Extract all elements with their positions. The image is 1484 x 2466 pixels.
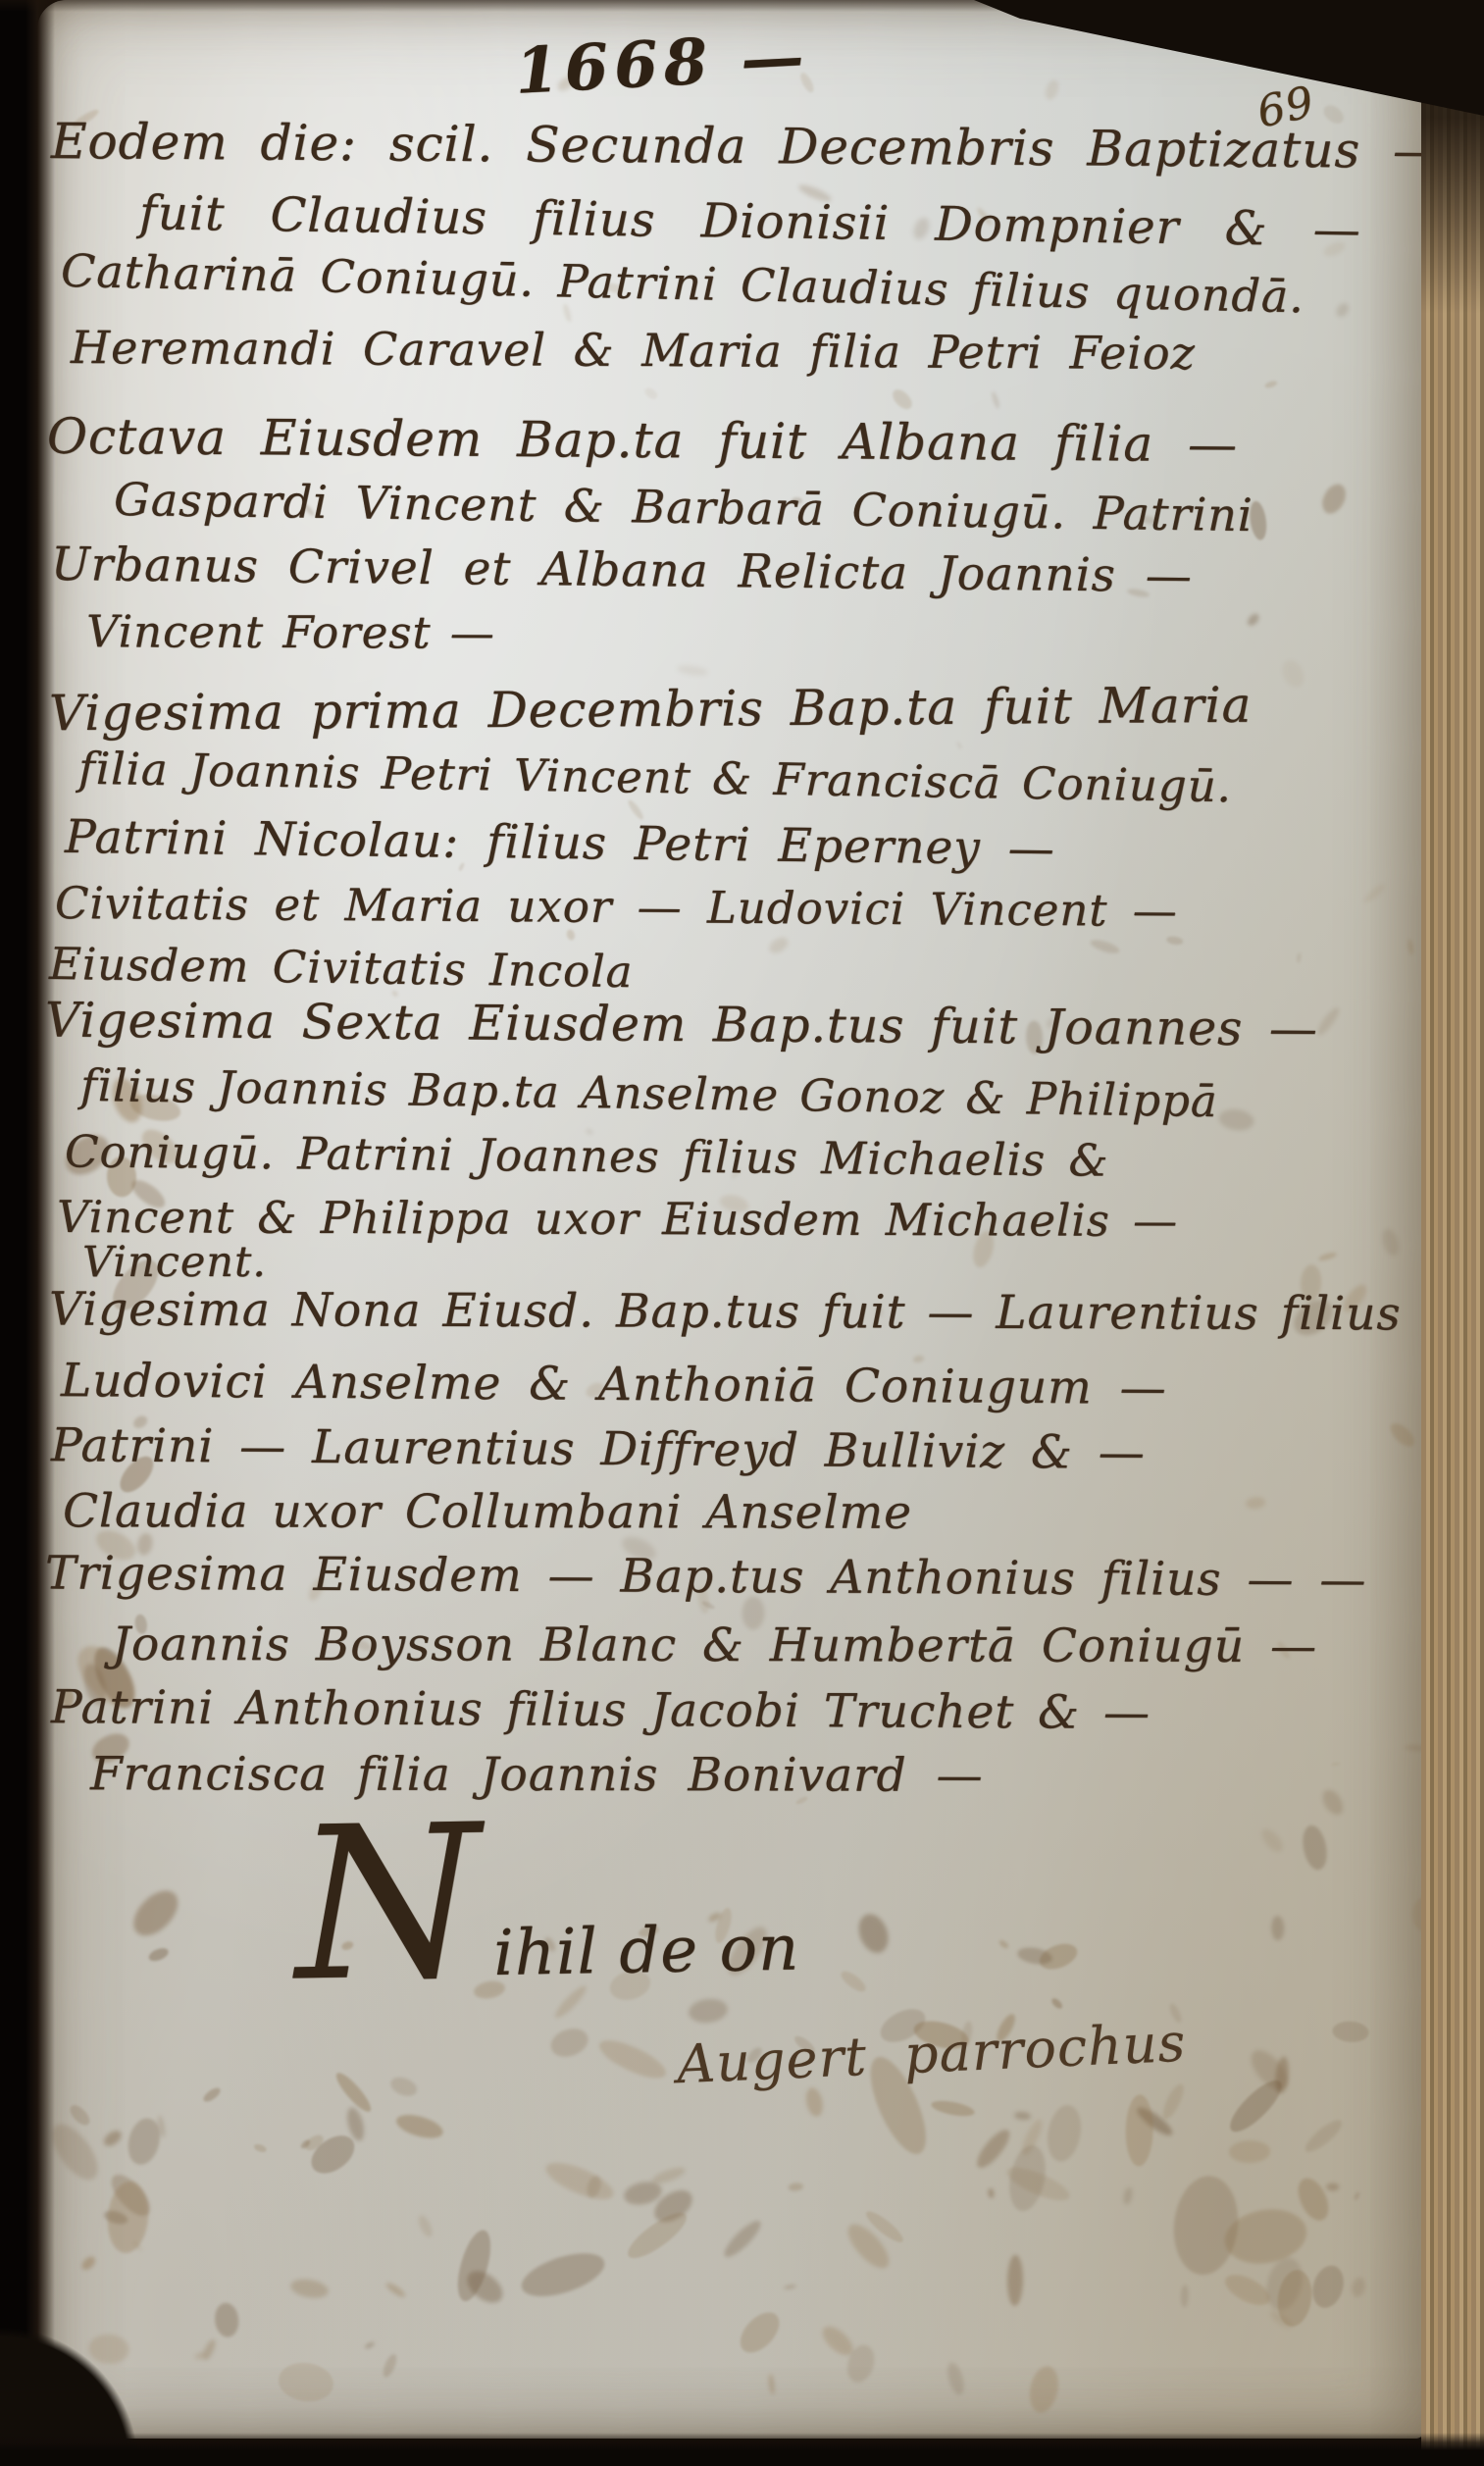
manuscript-line: Eiusdem Civitatis Incola bbox=[49, 938, 634, 998]
ink-stain bbox=[1274, 2268, 1315, 2329]
ink-stain bbox=[1044, 2103, 1086, 2165]
ink-stain bbox=[393, 2110, 445, 2142]
ink-stain bbox=[1220, 2269, 1274, 2311]
ink-stain bbox=[1049, 1996, 1064, 2010]
ink-stain bbox=[595, 2033, 671, 2085]
ink-stain bbox=[105, 2169, 157, 2223]
ink-stain bbox=[126, 1883, 186, 1945]
ink-stain bbox=[157, 2115, 167, 2138]
ink-stain bbox=[1037, 1939, 1082, 1975]
ink-stain bbox=[1271, 1916, 1284, 1941]
ink-stain bbox=[720, 2216, 765, 2261]
ink-stain bbox=[688, 1996, 730, 2025]
manuscript-line: Patrini Anthonius filius Jacobi Truchet … bbox=[51, 1680, 1151, 1740]
ink-stain bbox=[1257, 1825, 1286, 1855]
ink-stain bbox=[1379, 1227, 1402, 1258]
ink-stain bbox=[1043, 78, 1060, 101]
ink-stain bbox=[388, 2075, 420, 2100]
ink-stain bbox=[972, 2126, 1014, 2173]
ink-stain bbox=[1223, 2074, 1289, 2139]
ink-stain bbox=[1133, 2103, 1175, 2139]
ink-stain bbox=[998, 1938, 1009, 1950]
ink-stain bbox=[104, 2181, 151, 2255]
ink-stain bbox=[213, 2302, 239, 2338]
ink-stain bbox=[1362, 882, 1387, 904]
ink-stain bbox=[1245, 1496, 1265, 1511]
ink-stain bbox=[945, 2360, 967, 2396]
ink-stain bbox=[1090, 938, 1121, 956]
ink-stain bbox=[1300, 1824, 1331, 1873]
ink-stain bbox=[102, 2128, 125, 2148]
ink-stain bbox=[546, 2024, 590, 2061]
ink-stain bbox=[1318, 1787, 1347, 1820]
ink-stain bbox=[650, 2164, 687, 2186]
ink-stain bbox=[649, 2184, 698, 2230]
ink-stain bbox=[288, 2277, 330, 2301]
manuscript-line: Joannis Boysson Blanc & Humbertā Coniugū… bbox=[112, 1618, 1317, 1673]
ink-stain bbox=[1245, 2044, 1295, 2096]
ink-stain bbox=[276, 2359, 335, 2404]
ink-stain bbox=[517, 2244, 610, 2305]
manuscript-line: Vincent. bbox=[82, 1238, 267, 1287]
ink-stain bbox=[987, 2188, 994, 2199]
ink-stain bbox=[1016, 1945, 1053, 1967]
ink-stain bbox=[622, 2205, 692, 2265]
ink-stain bbox=[1002, 2162, 1073, 2207]
closing-note: Nihil de on bbox=[295, 1897, 800, 1994]
ink-stain bbox=[1317, 480, 1350, 517]
ink-stain bbox=[381, 2353, 399, 2379]
ink-stain bbox=[304, 2129, 361, 2182]
manuscript-line: Civitatis et Maria uxor — Ludovici Vince… bbox=[55, 877, 1178, 937]
ink-stain bbox=[1326, 2183, 1339, 2191]
ink-stain bbox=[1302, 2116, 1347, 2157]
book-binding-edge bbox=[0, 0, 55, 2466]
ink-stain bbox=[1387, 1419, 1418, 1451]
manuscript-line: Claudia uxor Collumbani Anselme bbox=[63, 1484, 912, 1540]
ink-stain bbox=[789, 2183, 804, 2191]
ink-stain bbox=[67, 2102, 92, 2129]
ink-stain bbox=[1007, 2255, 1024, 2306]
ink-stain bbox=[1314, 1005, 1342, 1039]
ink-stain bbox=[1353, 2191, 1359, 2200]
ink-stain bbox=[622, 2179, 663, 2208]
ink-stain bbox=[1159, 2081, 1188, 2122]
ink-stain bbox=[733, 2305, 787, 2360]
ink-stain bbox=[1003, 2141, 1050, 2214]
ink-stain bbox=[124, 2116, 164, 2169]
manuscript-line: Heremandi Caravel & Maria filia Petri Fe… bbox=[71, 321, 1196, 380]
ink-stain bbox=[768, 2374, 776, 2394]
ink-stain bbox=[1018, 2117, 1046, 2157]
ink-stain bbox=[1274, 2055, 1291, 2093]
ink-stain bbox=[416, 2214, 435, 2239]
ink-stain bbox=[200, 2338, 218, 2361]
ink-stain bbox=[863, 2207, 907, 2245]
ink-stain bbox=[541, 2156, 618, 2207]
ink-stain bbox=[803, 2086, 825, 2119]
ink-stain bbox=[1297, 952, 1301, 963]
ink-stain bbox=[1334, 301, 1352, 320]
ink-stain bbox=[842, 2218, 896, 2275]
manuscript-line: Vigesima Sexta Eiusdem Bap.tus fuit Joan… bbox=[45, 992, 1318, 1056]
ink-stain bbox=[853, 1910, 894, 1957]
ink-stain bbox=[363, 2340, 375, 2349]
manuscript-line: Eodem die: scil. Secunda Decembris Bapti… bbox=[51, 113, 1443, 180]
ink-stain bbox=[1169, 2172, 1243, 2278]
ink-stain bbox=[991, 390, 1001, 408]
ink-stain bbox=[1278, 656, 1307, 691]
book-bottom-edge bbox=[0, 2433, 1484, 2466]
ink-stain bbox=[303, 2132, 327, 2154]
ink-stain bbox=[1331, 1763, 1340, 1767]
ink-stain bbox=[1220, 2203, 1311, 2270]
ink-stain bbox=[1246, 612, 1261, 628]
page-stack-edge bbox=[1421, 0, 1484, 2466]
ink-stain bbox=[1218, 1106, 1255, 1132]
ink-stain bbox=[1307, 2262, 1349, 2312]
ink-stain bbox=[931, 2097, 976, 2118]
ink-stain bbox=[202, 2085, 224, 2104]
scanned-register-page: 1668 — 69 Eodem die: scil. Secunda Decem… bbox=[0, 0, 1484, 2466]
ink-stain bbox=[103, 2208, 129, 2227]
manuscript-line: Coniugū. Patrini Joannes filius Michaeli… bbox=[65, 1125, 1109, 1186]
ink-stain bbox=[1264, 380, 1279, 389]
ink-stain bbox=[585, 2175, 603, 2199]
ink-stain bbox=[254, 2143, 268, 2153]
ink-stain bbox=[1261, 2254, 1307, 2314]
manuscript-line: Vincent Forest — bbox=[86, 605, 495, 658]
ink-stain bbox=[676, 664, 708, 678]
ink-stain bbox=[131, 2240, 143, 2252]
ink-stain bbox=[451, 2227, 497, 2305]
ink-stain bbox=[889, 386, 914, 413]
manuscript-line: Ludovici Anselme & Anthoniā Coniugum — bbox=[61, 1354, 1167, 1415]
ink-stain bbox=[1180, 2285, 1188, 2307]
ink-stain bbox=[193, 2351, 206, 2360]
ink-stain bbox=[147, 1945, 171, 1963]
ink-stain bbox=[1407, 939, 1414, 955]
ink-stain bbox=[1293, 2174, 1335, 2226]
ink-stain bbox=[1014, 2111, 1031, 2121]
ink-stain bbox=[299, 2138, 311, 2150]
ink-stain bbox=[1122, 2186, 1133, 2205]
manuscript-line: Francisca filia Joannis Bonivard — bbox=[90, 1747, 984, 1803]
ink-stain bbox=[766, 934, 791, 956]
ink-stain bbox=[1125, 2094, 1153, 2167]
ink-stain bbox=[1268, 2309, 1294, 2332]
ink-stain bbox=[343, 2106, 367, 2143]
manuscript-line: Vigesima Nona Eiusd. Bap.tus fuit — Laur… bbox=[49, 1282, 1470, 1341]
ink-stain bbox=[384, 2281, 407, 2298]
ink-stain bbox=[462, 2265, 509, 2309]
ink-stain bbox=[1229, 2140, 1271, 2163]
manuscript-line: Vigesima prima Decembris Bap.ta fuit Mar… bbox=[49, 677, 1253, 743]
manuscript-line: Patrini — Laurentius Diffreyd Bulliviz &… bbox=[51, 1418, 1146, 1480]
ink-stain bbox=[784, 2285, 796, 2290]
ink-stain bbox=[1025, 2364, 1062, 2416]
ink-stain bbox=[956, 742, 962, 749]
ink-stain bbox=[1166, 936, 1184, 946]
manuscript-line: Octava Eiusdem Bap.ta fuit Albana filia … bbox=[47, 408, 1238, 473]
ink-stain bbox=[643, 386, 659, 401]
ink-stain bbox=[1351, 2276, 1367, 2298]
manuscript-line: Trigesima Eiusdem — Bap.tus Anthonius fi… bbox=[45, 1546, 1367, 1607]
ink-stain bbox=[1332, 2020, 1370, 2042]
ink-stain bbox=[1317, 1251, 1337, 1261]
ink-stain bbox=[332, 2069, 375, 2116]
ink-stain bbox=[817, 2322, 857, 2361]
year-heading: 1668 — bbox=[513, 20, 811, 109]
ink-stain bbox=[843, 2341, 878, 2386]
ink-stain bbox=[839, 1968, 869, 1995]
